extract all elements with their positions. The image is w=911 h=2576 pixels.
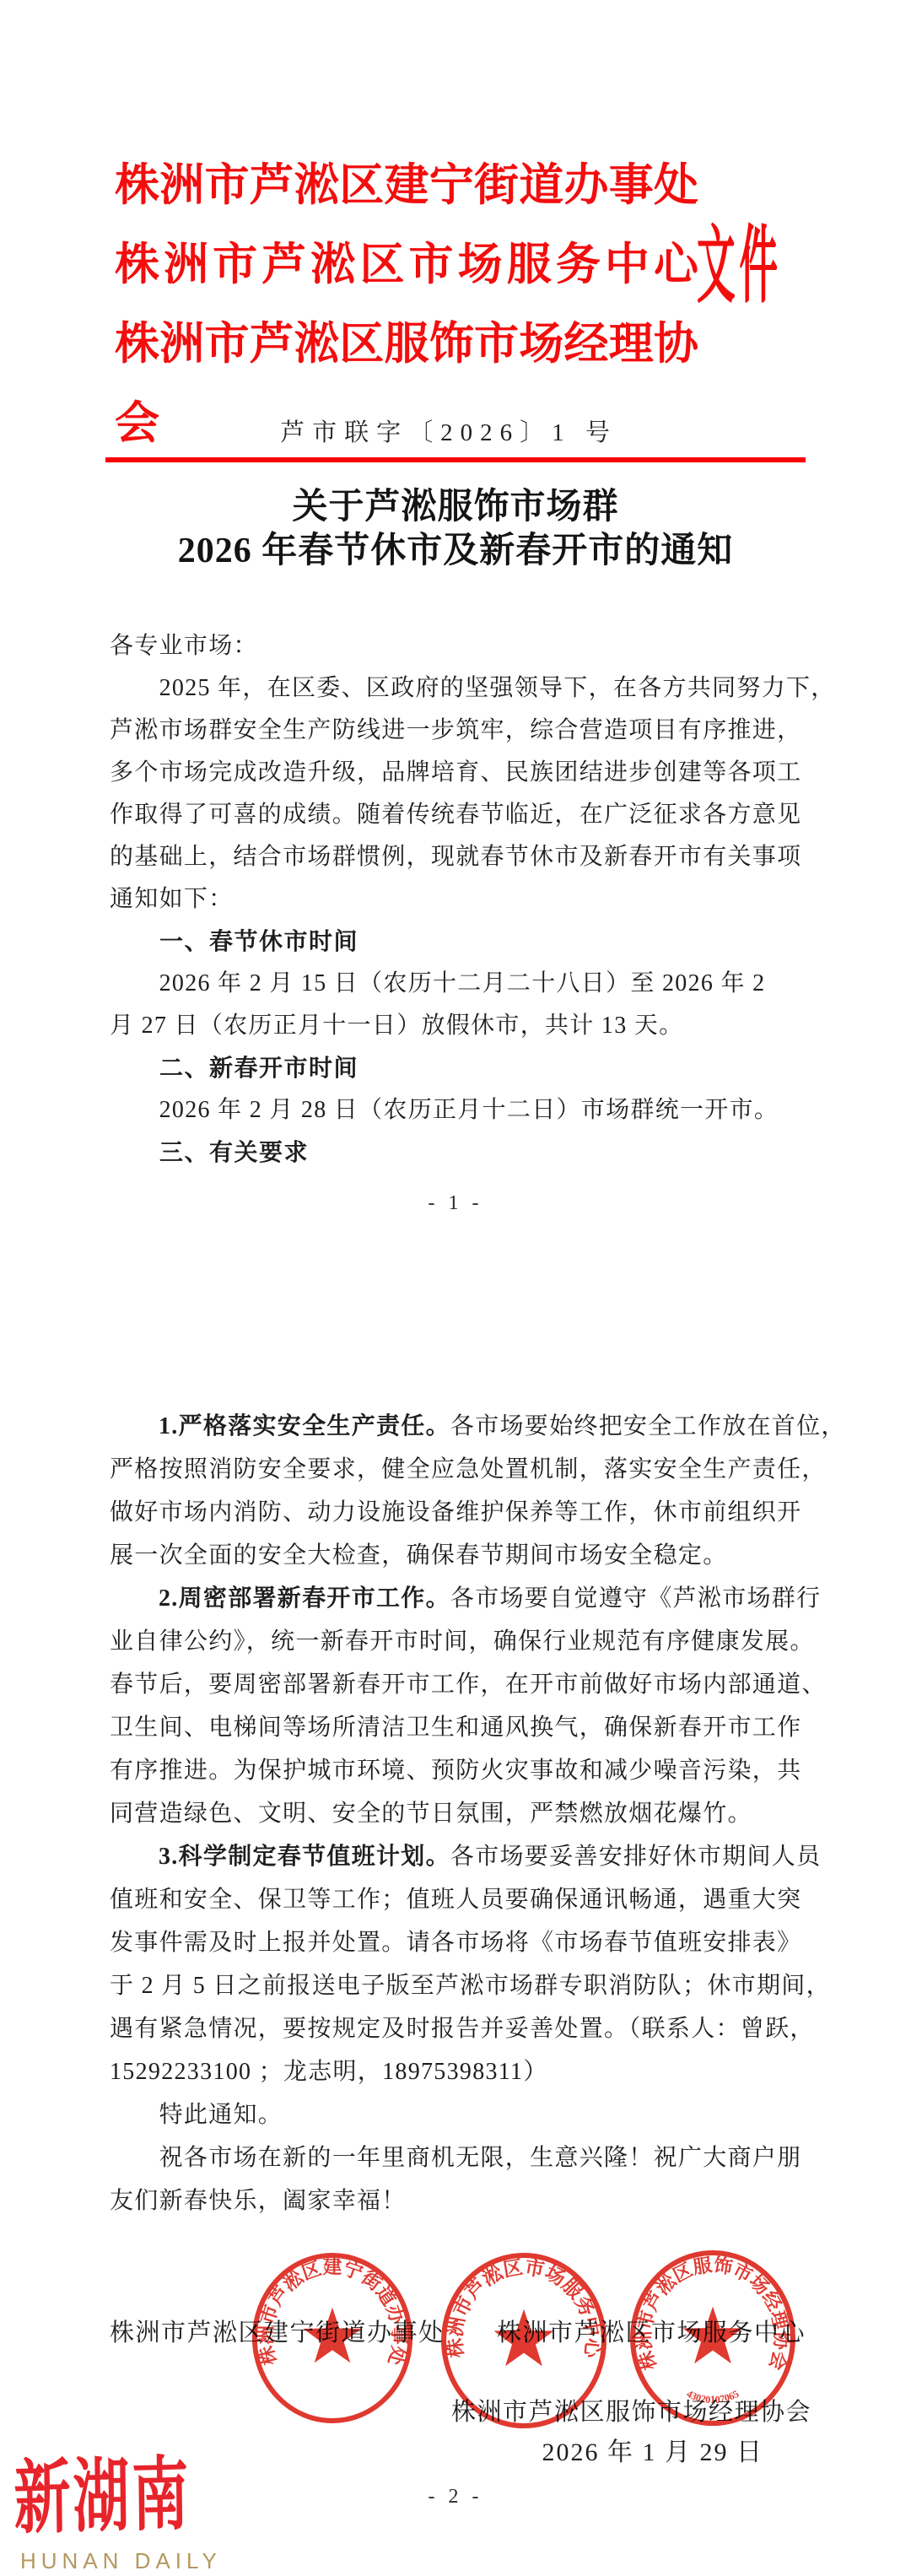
- star-icon: [304, 2308, 362, 2363]
- page1-section2-paragraph: 2026 年 2 月 28 日（农历正月十二日）市场群统一开市。: [110, 1089, 835, 1131]
- letterhead-org-2: 株洲市芦淞区市场服务中心: [115, 225, 698, 305]
- document-label: 文件: [697, 224, 782, 309]
- notice-title-line2: 2026 年春节休市及新春开市的通知: [0, 529, 911, 573]
- letterhead-divider-rule: [105, 457, 806, 462]
- page1-section1-heading: 一、春节休市时间: [110, 921, 835, 963]
- page2-item1-firstrest: 各市场要始终把安全工作放在首位，: [450, 1413, 846, 1439]
- page2-item2: 2.周密部署新春开市工作。各市场要自觉遵守《芦淞市场群行 业自律公约》，统一新春…: [110, 1577, 835, 1835]
- page2-item3-firstline: 3.科学制定春节值班计划。各市场要妥善安排好休市期间人员: [110, 1835, 835, 1878]
- page2-item2-lines: 业自律公约》，统一新春开市时间，确保行业规范有序健康发展。 春节后，要周密部署新…: [110, 1620, 835, 1835]
- document-reference-number: 芦市联字〔2026〕1 号: [0, 413, 898, 448]
- star-icon: [493, 2309, 553, 2367]
- official-seal-jianning-street: 株洲市芦淞区建宁街道办事处: [250, 2248, 415, 2428]
- page1-section3-heading: 三、有关要求: [110, 1131, 835, 1174]
- page2-item1-firstline: 1.严格落实安全生产责任。各市场要始终把安全工作放在首位，: [110, 1405, 835, 1448]
- page1-intro-paragraph: 各专业市场： 2025 年，在区委、区政府的坚强领导下，在各方共同努力下， 芦淞…: [110, 625, 835, 921]
- official-notice-document: 株洲市芦淞区建宁街道办事处 株洲市芦淞区市场服务中心 株洲市芦淞区服饰市场经理协…: [0, 0, 911, 2576]
- page2-item1: 1.严格落实安全生产责任。各市场要始终把安全工作放在首位， 严格按照消防安全要求…: [110, 1405, 835, 1577]
- page2-item2-firstrest: 各市场要自觉遵守《芦淞市场群行: [450, 1585, 822, 1612]
- page2-item2-lead: 2.周密部署新春开市工作。: [159, 1585, 450, 1612]
- official-seal-market-service-center: 株洲市芦淞区市场服务中心: [439, 2249, 609, 2432]
- closing-paragraph: 特此通知。 祝各市场在新的一年里商机无限，生意兴隆！祝广大商户朋 友们新春快乐，…: [110, 2093, 835, 2222]
- seal-number-text: 43020107065: [685, 2388, 741, 2406]
- page1-body: 各专业市场： 2025 年，在区委、区政府的坚强领导下，在各方共同努力下， 芦淞…: [110, 625, 835, 1174]
- page2-item2-firstline: 2.周密部署新春开市工作。各市场要自觉遵守《芦淞市场群行: [110, 1577, 835, 1620]
- page1-section2-heading: 二、新春开市时间: [110, 1047, 835, 1089]
- svg-text:43020107065: 43020107065: [685, 2388, 741, 2406]
- page2-item3-firstrest: 各市场要妥善安排好休市期间人员: [450, 1844, 822, 1870]
- page1-section1-paragraph: 2026 年 2 月 15 日（农历十二月二十八日）至 2026 年 2 月 2…: [110, 963, 835, 1047]
- page2-item3-lines: 值班和安全、保卫等工作；值班人员要确保通讯畅通，遇重大突 发事件需及时上报并处置…: [110, 1878, 835, 2093]
- signature-date: 2026 年 1 月 29 日: [542, 2431, 764, 2468]
- hunan-daily-logo-en: HUNAN DAILY: [20, 2548, 222, 2574]
- page2-item1-lead: 1.严格落实安全生产责任。: [159, 1413, 450, 1439]
- notice-title: 关于芦淞服饰市场群 2026 年春节休市及新春开市的通知: [0, 485, 911, 573]
- star-icon: [682, 2307, 742, 2364]
- letterhead-org-1: 株洲市芦淞区建宁街道办事处: [115, 146, 698, 225]
- page2-item1-lines: 严格按照消防安全要求，健全应急处置机制，落实安全生产责任， 做好市场内消防、动力…: [110, 1448, 835, 1577]
- letterhead-org-3: 株洲市芦淞区服饰市场经理协会: [115, 305, 698, 384]
- letterhead: 株洲市芦淞区建宁街道办事处 株洲市芦淞区市场服务中心 株洲市芦淞区服饰市场经理协…: [115, 146, 698, 384]
- page1-number: - 1 -: [0, 1192, 911, 1215]
- notice-title-line1: 关于芦淞服饰市场群: [0, 485, 911, 529]
- official-seal-fashion-market-association: 株洲市芦淞区服饰市场经理协会 43020107065: [628, 2247, 798, 2429]
- hunan-daily-logo-cn: 新湖南: [13, 2456, 191, 2541]
- page2-item3-lead: 3.科学制定春节值班计划。: [159, 1844, 450, 1870]
- page2-body: 1.严格落实安全生产责任。各市场要始终把安全工作放在首位， 严格按照消防安全要求…: [110, 1405, 835, 2222]
- page2-item3: 3.科学制定春节值班计划。各市场要妥善安排好休市期间人员 值班和安全、保卫等工作…: [110, 1835, 835, 2093]
